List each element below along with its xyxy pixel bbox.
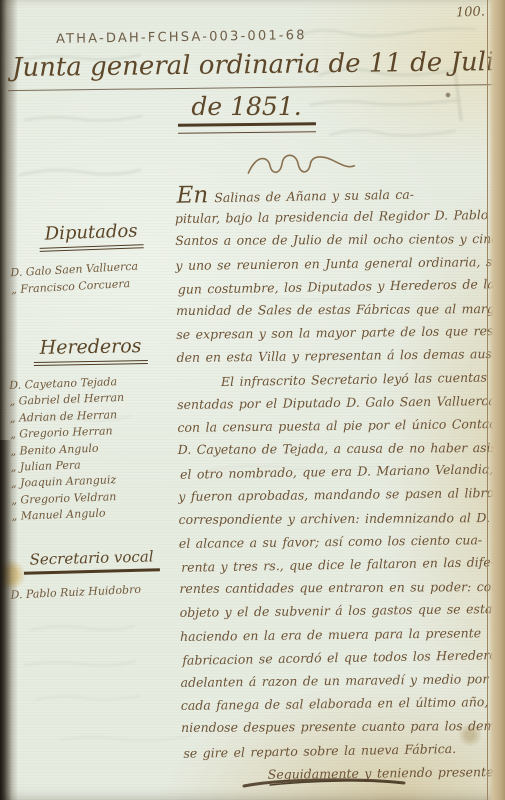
diputados-section: Diputados D. Galo Saen Valluerca „ Franc…	[9, 219, 175, 297]
diputados-list: D. Galo Saen Valluerca „ Francisco Corcu…	[10, 257, 175, 297]
secretario-list: D. Pablo Ruiz Huidobro	[10, 581, 174, 602]
manuscript-line: y fueron aprobadas, mandando se pasen al…	[178, 481, 496, 508]
secretario-section: Secretario vocal D. Pablo Ruiz Huidobro	[9, 546, 174, 602]
manuscript-line: niendose despues presente cuanto para lo…	[181, 714, 499, 739]
pen-flourish	[246, 152, 356, 179]
archive-reference-code: ATHA-DAH-FCHSA-003-001-68	[56, 28, 307, 47]
opening-initial: En	[176, 182, 208, 209]
closing-ink-stroke	[240, 776, 410, 790]
manuscript-page: 100. ATHA-DAH-FCHSA-003-001-68 Junta gen…	[0, 0, 505, 800]
manuscript-line: se gire el reparto sobre la nueva Fábric…	[183, 736, 499, 765]
manuscript-line: Santos a once de Julio de mil ocho cient…	[175, 227, 493, 252]
manuscript-line: pitular, bajo la presidencia del Regidor…	[175, 203, 493, 230]
body-lines: EnSalinas de Añana y su sala ca- pitular…	[174, 154, 500, 787]
herederos-heading: Herederos	[33, 335, 147, 366]
adjacent-page-edge	[487, 0, 505, 800]
manuscript-line: rentes cantidades que entraron en su pod…	[179, 575, 497, 600]
herederos-list: D. Cayetano Tejada „ Gabriel del Herran …	[9, 374, 176, 524]
manuscript-line: correspondiente y archiven: indemnizando…	[179, 506, 497, 531]
page-number: 100.	[456, 4, 485, 20]
title-underline-rule	[177, 122, 315, 133]
manuscript-line: objeto y el de subvenir á los gastos que…	[180, 597, 498, 624]
title-line-2: de 1851.	[8, 92, 485, 121]
diputados-heading: Diputados	[38, 220, 144, 252]
title-line-1: Junta general ordinaria de 11 de Julio	[8, 47, 505, 91]
manuscript-line: El infrascrito Secretario leyó las cuent…	[221, 365, 495, 393]
secretario-heading: Secretario vocal	[23, 547, 160, 575]
line-text: Salinas de Añana y su sala ca-	[214, 187, 414, 205]
manuscript-line: munidad de Sales de estas Fábricas que a…	[176, 297, 494, 322]
document-title: Junta general ordinaria de 11 de Julio d…	[8, 50, 485, 133]
secretario-name: D. Pablo Ruiz Huidobro	[10, 579, 175, 603]
manuscript-body: EnSalinas de Añana y su sala ca- pitular…	[174, 154, 500, 787]
herederos-section: Herederos D. Cayetano Tejada „ Gabriel d…	[8, 335, 175, 524]
manuscript-line: con la censura puesta al pie por el únic…	[177, 412, 495, 439]
manuscript-line: cada fanega de sal elaborada en el últim…	[181, 690, 499, 717]
